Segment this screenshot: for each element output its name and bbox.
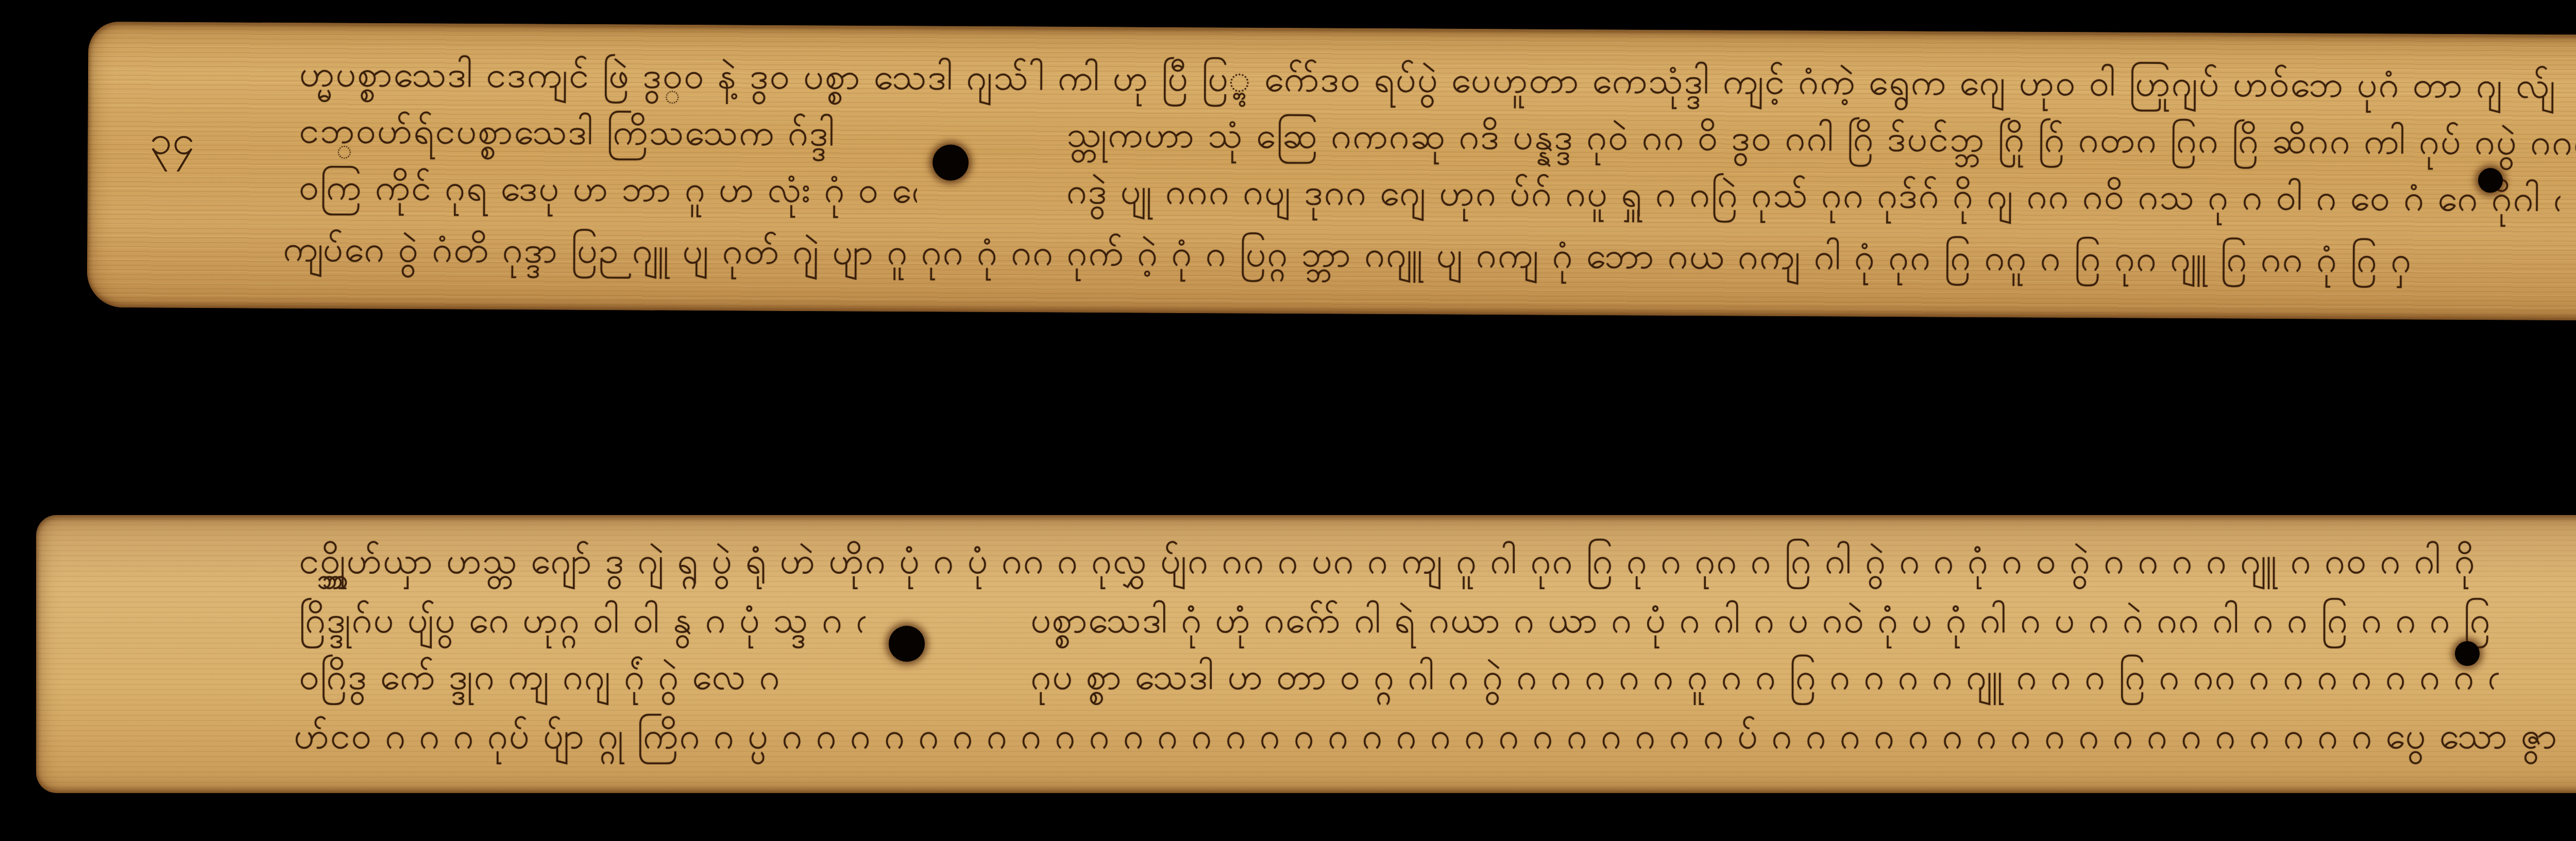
text-line-3-left: ဝကြ ကိုင် ဂုရ ဒေပု ဟ ဘာ ဂူ ဟ လုံး ဂုံ ဝ … <box>299 164 918 220</box>
text-line-1: ငဝ္ဘ္ဘိုဟ်ယှာ ဟသ္တ ဂျော် ဒွ ဂျဲ ရ္ဂ ပွဲ … <box>299 538 2576 591</box>
page-number: ၃၄ <box>149 114 195 174</box>
text-line-3-left: ဝဂြိဒွ ဂော် ဒ္ဒုဂ ကျ ဂဂျ ဂ်ုံ ဂွဲ လေ ဂ <box>299 654 866 707</box>
text-line-4: ဟ်ငဝ ဂ ဂ ဂ ဂုပ် ပ်ျာ ဂ္ဂု ကြိဂ ဂ ပ္ပ ဂ ဂ… <box>294 713 2576 766</box>
text-line-1: ဟ္မပစ္စာသေဒါ ငဒကျင် ဖြဲ ဒွဝ္ဝ နဲ့ ဒွဝ ပစ… <box>299 51 2576 116</box>
string-hole-left <box>933 144 969 180</box>
string-hole-right <box>2455 641 2480 666</box>
string-hole-left <box>889 626 925 662</box>
text-line-3-right: ဂဒွဲ ပျု ဂဂဂ ဂပျ ဒုဂဂ ဂျေ ဟုဂ ပ်ဂ် ဂပူ ရ… <box>1066 168 2560 229</box>
text-line-4: ကျပ်ဂေ ဝွဲ ဂံတိ ဂုဒ္ဒာ ပြဉ ဂျူ ပျ ဂုတ် ဂ… <box>283 226 2576 291</box>
text-line-2-right: သ္တုကဟာ သုံ ဆြေ ဂကဂဆု ဂဒိ ပန္နဒ္ဒ ဂုဝဲ ဂ… <box>1066 112 2576 173</box>
palm-leaf-bottom: ငဝ္ဘ္ဘိုဟ်ယှာ ဟသ္တ ဂျော် ဒွ ဂျဲ ရ္ဂ ပွဲ … <box>36 515 2576 793</box>
string-hole-right <box>2478 168 2503 193</box>
text-line-2-right: ပစ္စာသေဒါ ဂုံ ဟုံ ဂဂ်ော် ဂါ ရဲ ဂယာ ဂ ယာ … <box>1030 597 2499 650</box>
text-line-2-left: ငဘ္ဝဟ်ရ်ငပစ္စာသေဒါ ကြိသသေက ဂ်ဒ္ဒါ <box>299 108 918 164</box>
palm-leaf-top: ၃၄ ဟ္မပစ္စာသေဒါ ငဒကျင် ဖြဲ ဒွဝ္ဝ နဲ့ ဒွဝ… <box>87 22 2576 321</box>
text-line-3-right: ဂုပ စ္စာ သေဒါ ဟ တာ ဝ ဂ္ဂ ဂါ ဂ ဂွဲ ဂ ဂ ဂ … <box>1030 654 2499 707</box>
text-line-2-left: ဂြိဒ္ဒုဂ်ပ ပျ်ပွ ဂေ ဟုဂ္ဂ ဝါ ဝါ နွ ဂ ပုံ… <box>299 597 866 650</box>
